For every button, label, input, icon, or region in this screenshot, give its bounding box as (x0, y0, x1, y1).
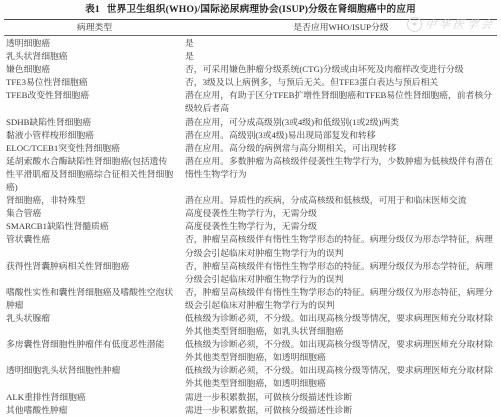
table-number: 表1 (85, 4, 100, 15)
pathology-type-cell: 肾细胞癌，非特殊型 (4, 194, 185, 207)
grading-cell: 潜在应用。高级别(3或4级)易出现局部复发和转移 (185, 129, 497, 142)
table-row: 集合管癌 高度侵袭性生物学行为，无需分级 (4, 207, 497, 220)
pathology-type-cell: 延胡索酸水合酶缺陷性肾细胞癌(包括遗传性平滑肌瘤及肾细胞癌综合征相关性肾细胞癌) (4, 155, 185, 194)
pathology-type-cell: TFE3易位性肾细胞癌 (4, 76, 185, 89)
grading-cell: 低核级为诊断必须，不分级。如出现高核分级等情况，要求病理医师充分取材除外其他类型… (185, 364, 497, 390)
table-row: 黏液小管样梭形细胞癌 潜在应用。高级别(3或4级)易出现局部复发和转移 (4, 129, 497, 142)
table-row: SDHB缺陷性肾细胞癌 潜在应用，可分成高级别(3或4级)和低级别(1或2级)两… (4, 116, 497, 129)
table-row: 嫌色细胞癌 否，可采用嫌色肿瘤分级系统(CTG)分级或由坏死及肉瘤样改变进行分级 (4, 63, 497, 76)
table-row: 乳头状肾细胞癌 是 (4, 50, 497, 63)
column-header-grading-applicability: 是否应用WHO/ISUP分级 (185, 20, 497, 36)
table-row: TFE3易位性肾细胞癌 否，3级及以上病例多，与预后无关。但TFE3蛋白表达与预… (4, 76, 497, 89)
pathology-type-cell: 集合管癌 (4, 207, 185, 220)
grading-cell: 潜在应用，有助于区分TFEB扩增性肾细胞癌和TFEB易位性肾细胞癌，前者核分级较… (185, 89, 497, 115)
grading-cell: 是 (185, 36, 497, 51)
grading-cell: 潜在应用，可分成高级别(3或4级)和低级别(1或2级)两类 (185, 116, 497, 129)
pathology-type-cell: ELOC/TCEB1突变性肾细胞癌 (4, 142, 185, 155)
table-row: 嗜酸性实性和囊性肾细胞癌及嗜酸性空泡状肿瘤 否，肿瘤呈高核级伴有惰性生物学形态的… (4, 286, 497, 312)
grading-cell: 低核级为诊断必须，不分级。如出现高核分级等情况，要求病理医师充分取材除外其他类型… (185, 338, 497, 364)
pathology-type-cell: 其他嗜酸性肿瘤 (4, 404, 185, 418)
table-row: ALK重排性肾细胞癌 需进一步积累数据，可做核分级描述性诊断 (4, 391, 497, 404)
grading-cell: 潜在应用。异质性的疾病，分成高核级和低核级，可用于和临床医师交流 (185, 194, 497, 207)
table-row: 管状囊性癌 否，肿瘤呈高核级伴有惰性生物学形态的特征。病理分级仅为形态学特征，病… (4, 233, 497, 259)
pathology-type-cell: 管状囊性癌 (4, 233, 185, 259)
pathology-type-cell: 黏液小管样梭形细胞癌 (4, 129, 185, 142)
table-row: 其他嗜酸性肿瘤 需进一步积累数据，可做核分级描述性诊断 (4, 404, 497, 418)
table-row: 获得性肾囊肿病相关性肾细胞癌 否，肿瘤呈高核级伴有惰性生物学形态的特征。病理分级… (4, 260, 497, 286)
grading-cell: 否，肿瘤呈高核级伴有惰性生物学形态的特征。病理分级仅为形态特征，病理分级会引起临… (185, 286, 497, 312)
grading-cell: 否，肿瘤呈高核级伴有惰性生物学形态的特征。病理分级仅为形态学特征，病理分级会引起… (185, 233, 497, 259)
who-isup-grading-table: 病理类型 是否应用WHO/ISUP分级 透明细胞癌 是 乳头状肾细胞癌 是 嫌色… (4, 19, 497, 418)
grading-cell: 需进一步积累数据，可做核分级描述性诊断 (185, 404, 497, 418)
grading-cell: 需进一步积累数据，可做核分级描述性诊断 (185, 391, 497, 404)
table-row: SMARCB1缺陷性肾髓质癌 高度侵袭性生物学行为，无需分级 (4, 220, 497, 233)
header-row: 病理类型 是否应用WHO/ISUP分级 (4, 20, 497, 36)
grading-cell: 高度侵袭性生物学行为，无需分级 (185, 207, 497, 220)
pathology-type-cell: TFEB改变性肾细胞癌 (4, 89, 185, 115)
pathology-type-cell: 乳头状肾细胞癌 (4, 50, 185, 63)
table-header: 病理类型 是否应用WHO/ISUP分级 (4, 20, 497, 36)
pathology-type-cell: 透明细胞癌 (4, 36, 185, 51)
table-row: TFEB改变性肾细胞癌 潜在应用，有助于区分TFEB扩增性肾细胞癌和TFEB易位… (4, 89, 497, 115)
grading-cell: 高度侵袭性生物学行为，无需分级 (185, 220, 497, 233)
table-row: 延胡索酸水合酶缺陷性肾细胞癌(包括遗传性平滑肌瘤及肾细胞癌综合征相关性肾细胞癌)… (4, 155, 497, 194)
grading-cell: 否，可采用嫌色肿瘤分级系统(CTG)分级或由坏死及肉瘤样改变进行分级 (185, 63, 497, 76)
pathology-type-cell: 获得性肾囊肿病相关性肾细胞癌 (4, 260, 185, 286)
table-row: ELOC/TCEB1突变性肾细胞癌 潜在应用。高分级的病例常与高分期相关，可出现… (4, 142, 497, 155)
table-row: 透明细胞乳头状肾细胞性肿瘤 低核级为诊断必须，不分级。如出现高核分级等情况，要求… (4, 364, 497, 390)
pathology-type-cell: ALK重排性肾细胞癌 (4, 391, 185, 404)
table-row: 肾细胞癌，非特殊型 潜在应用。异质性的疾病，分成高核级和低核级，可用于和临床医师… (4, 194, 497, 207)
pathology-type-cell: 嫌色细胞癌 (4, 63, 185, 76)
pathology-type-cell: 嗜酸性实性和囊性肾细胞癌及嗜酸性空泡状肿瘤 (4, 286, 185, 312)
grading-cell: 潜在应用。高分级的病例常与高分期相关，可出现转移 (185, 142, 497, 155)
grading-cell: 低核级为诊断必须，不分级。如出现高核分级等情况，要求病理医师充分取材除外其他类型… (185, 312, 497, 338)
table-row: 多房囊性肾细胞性肿瘤伴有低度恶性潜能 低核级为诊断必须，不分级。如出现高核分级等… (4, 338, 497, 364)
table-caption: 表1世界卫生组织(WHO)/国际泌尿病理协会(ISUP)分级在肾细胞癌中的应用 (0, 0, 501, 16)
column-header-pathology-type: 病理类型 (4, 20, 185, 36)
grading-cell: 是 (185, 50, 497, 63)
grading-cell: 否，肿瘤呈高核级伴有惰性生物学形态的特征。病理分级仅为形态学特征，病理分级会引起… (185, 260, 497, 286)
pathology-type-cell: 透明细胞乳头状肾细胞性肿瘤 (4, 364, 185, 390)
table-row: 乳头状腺瘤 低核级为诊断必须，不分级。如出现高核分级等情况，要求病理医师充分取材… (4, 312, 497, 338)
table-title: 世界卫生组织(WHO)/国际泌尿病理协会(ISUP)分级在肾细胞癌中的应用 (107, 4, 416, 15)
pathology-type-cell: 多房囊性肾细胞性肿瘤伴有低度恶性潜能 (4, 338, 185, 364)
table-row: 透明细胞癌 是 (4, 36, 497, 51)
pathology-type-cell: 乳头状腺瘤 (4, 312, 185, 338)
grading-cell: 潜在应用。多数肿瘤为高核级伴侵袭性生物学行为，少数肿瘤为低核级伴有潜在惰性生物学… (185, 155, 497, 194)
grading-cell: 否，3级及以上病例多，与预后无关。但TFE3蛋白表达与预后相关 (185, 76, 497, 89)
pathology-type-cell: SMARCB1缺陷性肾髓质癌 (4, 220, 185, 233)
paper-table-page: 表1世界卫生组织(WHO)/国际泌尿病理协会(ISUP)分级在肾细胞癌中的应用 … (0, 0, 501, 418)
pathology-type-cell: SDHB缺陷性肾细胞癌 (4, 116, 185, 129)
table-body: 透明细胞癌 是 乳头状肾细胞癌 是 嫌色细胞癌 否，可采用嫌色肿瘤分级系统(CT… (4, 36, 497, 418)
